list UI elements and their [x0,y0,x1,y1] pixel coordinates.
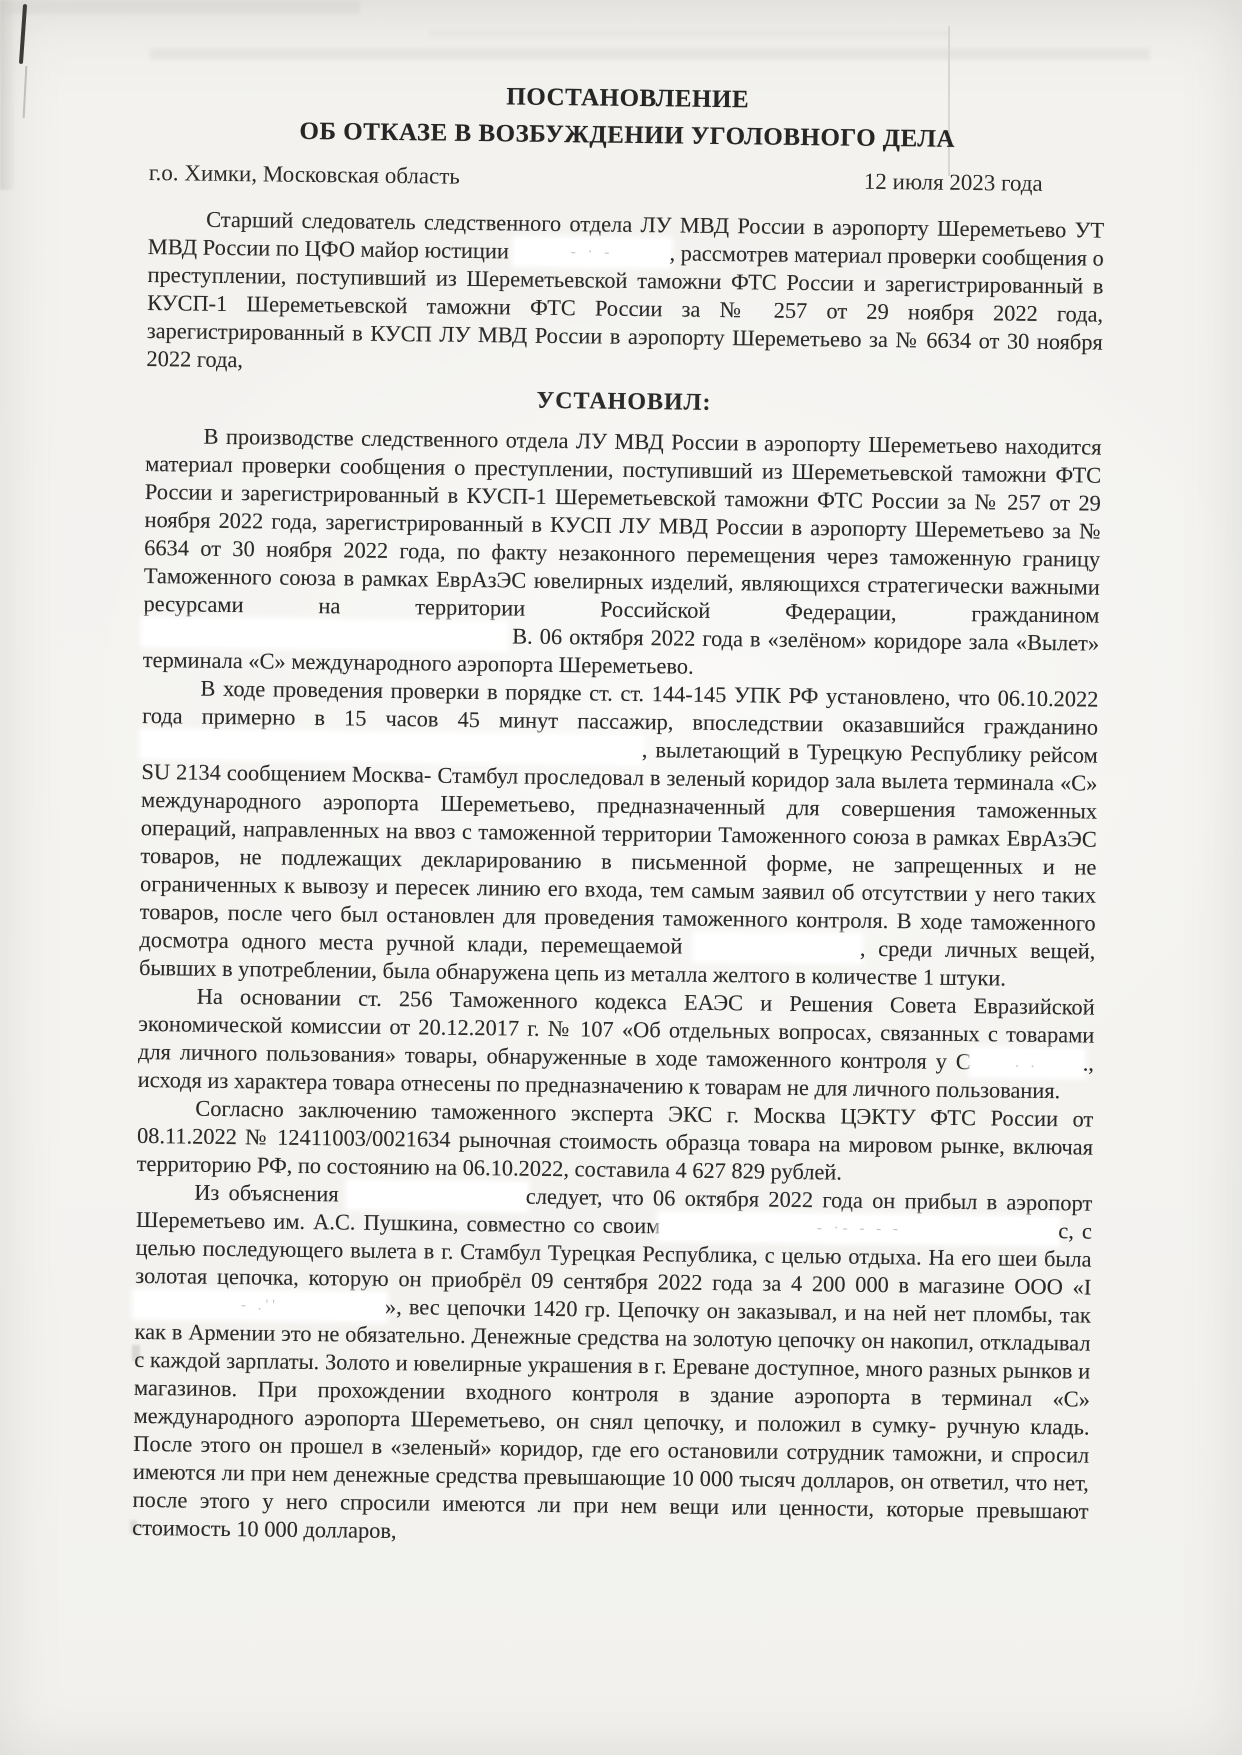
text-run: Из объяснения [194,1180,348,1207]
paragraph: Из объяснения следует, что 06 октября 20… [132,1178,1092,1554]
text-run: В производстве следственного отдела ЛУ М… [143,424,1101,628]
redaction-box: - ·- - - - [660,1213,1058,1244]
text-run: На основании ст. 256 Таможенного кодекса… [138,984,1095,1074]
bleed-through-ghost-text [150,48,1150,60]
bleed-through-ghost-text [430,30,950,38]
redaction-box [695,934,860,962]
paragraph: В производстве следственного отдела ЛУ М… [143,422,1102,686]
redaction-box: - .'' [135,1291,385,1320]
document-content: ПОСТАНОВЛЕНИЕ ОБ ОТКАЗЕ В ВОЗБУЖДЕНИИ УГ… [132,74,1106,1554]
text-run: УСТАНОВИЛ: [536,388,711,416]
redaction-box [142,731,642,763]
text-run: , вылетающий в Турецкую Республику рейсо… [139,737,1098,959]
scan-edge-band [0,0,360,14]
text-run: », вес цепочки 1420 гр. Цепочку он заказ… [132,1294,1091,1543]
document-body: Старший следователь следственного отдела… [132,205,1104,1554]
text-run: В ходе проведения проверки в порядке ст.… [142,676,1099,740]
section-heading: УСТАНОВИЛ: [146,382,1102,422]
document-place: г.о. Химки, Московская область [149,158,460,192]
place-date-row: г.о. Химки, Московская область 12 июля 2… [149,158,1105,200]
redaction-box: - · - [514,238,669,266]
text-run: Согласно заключению таможенного эксперта… [137,1096,1094,1185]
document-date: 12 июля 2023 года [864,167,1105,200]
paragraph: Старший следователь следственного отдела… [146,205,1104,385]
paragraph: Согласно заключению таможенного эксперта… [137,1094,1094,1190]
paragraph: На основании ст. 256 Таможенного кодекса… [138,982,1095,1106]
scan-corner-smudge [0,0,16,190]
redaction-box: . . [971,1049,1083,1076]
scanned-document-page: ПОСТАНОВЛЕНИЕ ОБ ОТКАЗЕ В ВОЗБУЖДЕНИИ УГ… [0,0,1242,1755]
redaction-box [143,619,505,649]
paragraph: В ходе проведения проверки в порядке ст.… [139,674,1099,994]
scan-pen-stroke-faint [23,66,28,118]
redaction-box [348,1182,526,1210]
